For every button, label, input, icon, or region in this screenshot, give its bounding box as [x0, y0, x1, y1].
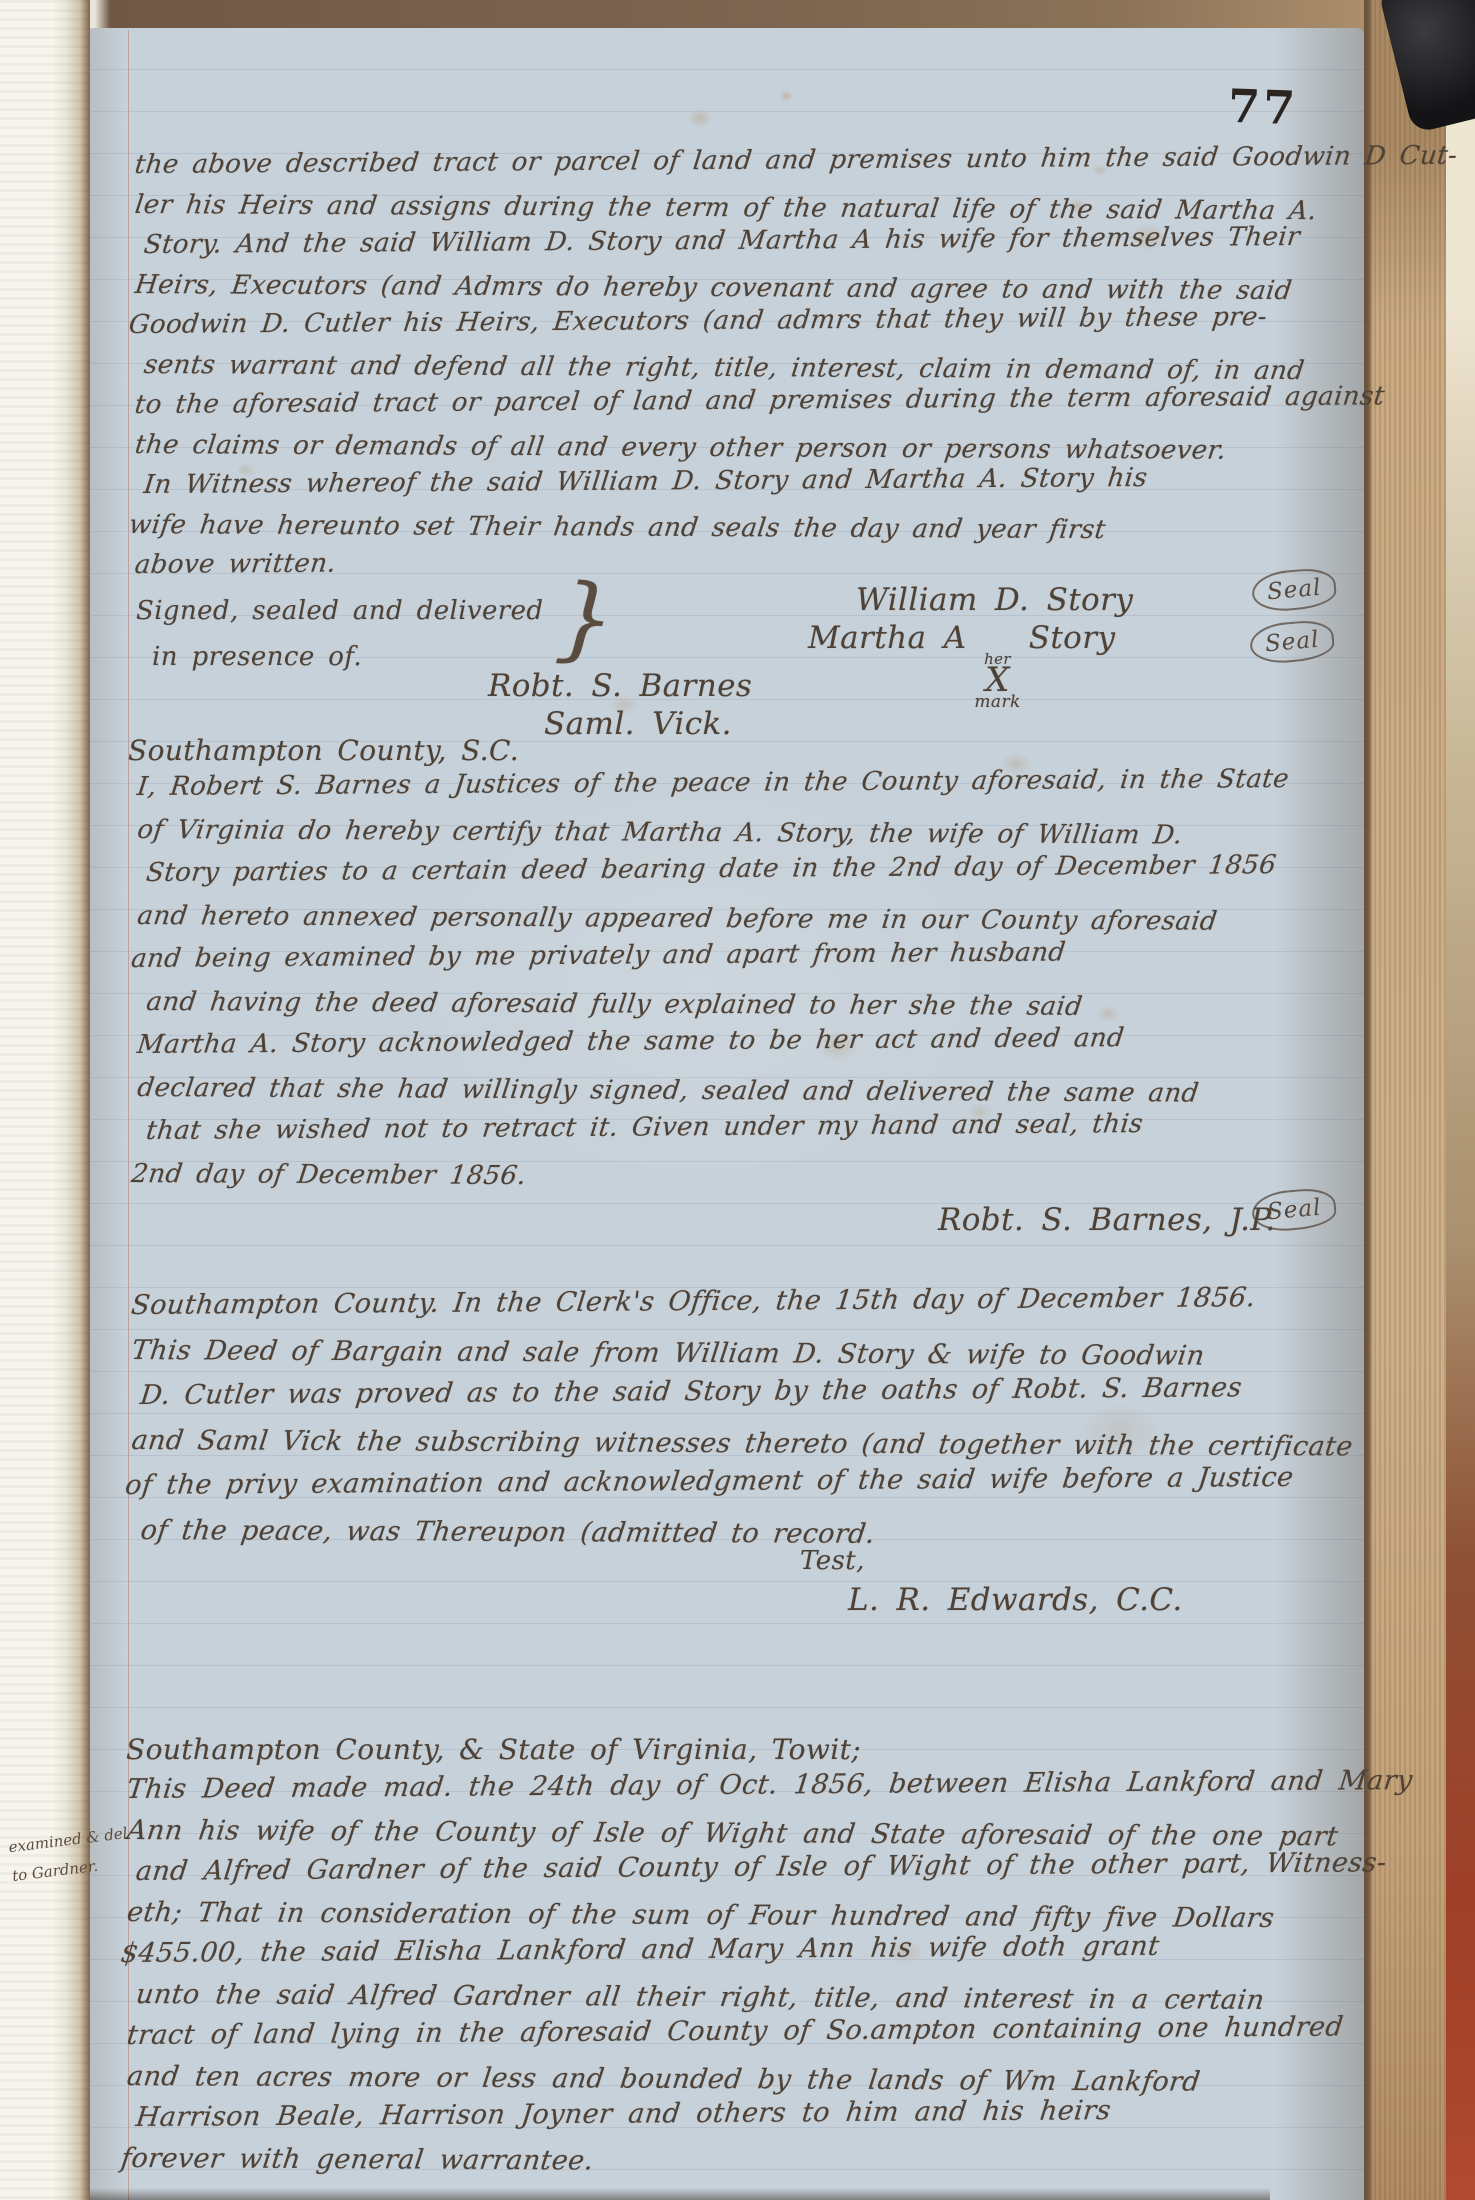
clerk-attest: Test,	[800, 1546, 865, 1576]
mark-label-mark: mark	[974, 695, 1020, 709]
handwritten-line: Goodwin D. Cutler his Heirs, Executors (…	[126, 301, 1459, 350]
her-mark: herXmark	[974, 653, 1020, 709]
handwritten-line: of the privy examination and acknowledgm…	[122, 1461, 1356, 1515]
witness-barnes: Robt. S. Barnes	[488, 668, 752, 704]
signature-clerk-edwards: L. R. Edwards, C.C.	[848, 1582, 1183, 1618]
handwritten-line: and being examined by me privately and a…	[128, 936, 1291, 987]
handwritten-line: D. Cutler was proved as to the said Stor…	[137, 1372, 1356, 1425]
page-bottom-shadow	[90, 2188, 1270, 2200]
handwritten-line: Southampton County. In the Clerk's Offic…	[128, 1281, 1356, 1335]
handwritten-line: forever with general warrantee.	[118, 2143, 1413, 2191]
attestation-brace: }	[553, 576, 618, 663]
deed-lankford-paragraph: This Deed made mad. the 24th day of Oct.…	[124, 1774, 1409, 2184]
acknowledgment-heading: Southampton County, S.C.	[128, 734, 519, 767]
signature-text-post: Story	[1029, 620, 1116, 656]
handwritten-line: Story parties to a certain deed bearing …	[143, 850, 1291, 901]
deed-lankford-heading: Southampton County, & State of Virginia,…	[126, 1733, 861, 1766]
handwritten-line: that she wished not to retract it. Given…	[143, 1108, 1291, 1159]
x-mark: X	[985, 666, 1010, 695]
page-number: 77	[1227, 79, 1299, 135]
deed-story-cutler-paragraph: the above described tract or parcel of l…	[132, 150, 1453, 590]
handwritten-line: tract of land lying in the aforesaid Cou…	[124, 2011, 1414, 2061]
handwritten-line: and Alfred Gardner of the said County of…	[133, 1847, 1414, 1897]
signature-text-pre: Martha A	[808, 620, 966, 656]
handwritten-line: I, Robert S. Barnes a Justices of the pe…	[134, 764, 1291, 815]
handwritten-line: to the aforesaid tract or parcel of land…	[132, 381, 1459, 430]
clerk-record-paragraph: Southampton County. In the Clerk's Offic…	[128, 1290, 1350, 1560]
signature-martha-story: Martha AherXmarkStory	[808, 620, 1115, 709]
handwritten-line: the above described tract or parcel of l…	[132, 141, 1459, 190]
witness-vick: Saml. Vick.	[544, 706, 732, 742]
handwritten-line: $455.00, the said Elisha Lankford and Ma…	[118, 1929, 1414, 1979]
handwritten-line: of the peace, was Thereupon (admitted to…	[137, 1515, 1355, 1566]
deed-book-photo: 77 the above described tract or parcel o…	[0, 0, 1475, 2200]
signature-barnes-jp: Robt. S. Barnes, J.P.	[938, 1202, 1276, 1238]
handwritten-line: In Witness whereof the said William D. S…	[141, 461, 1459, 510]
handwritten-line: Story. And the said William D. Story and…	[141, 221, 1459, 270]
signature-william-story: William D. Story	[856, 582, 1133, 618]
handwritten-line: Harrison Beale, Harrison Joyner and othe…	[133, 2093, 1414, 2143]
handwritten-line: 2nd day of December 1856.	[128, 1159, 1290, 1208]
attestation-line-1: Signed, sealed and delivered	[136, 596, 543, 626]
attestation-line-2: in presence of.	[152, 642, 362, 672]
handwritten-line: This Deed made mad. the 24th day of Oct.…	[124, 1765, 1414, 1815]
handwritten-line: Martha A. Story acknowledged the same to…	[134, 1022, 1291, 1073]
acknowledgment-paragraph: I, Robert S. Barnes a Justices of the pe…	[134, 772, 1285, 1202]
